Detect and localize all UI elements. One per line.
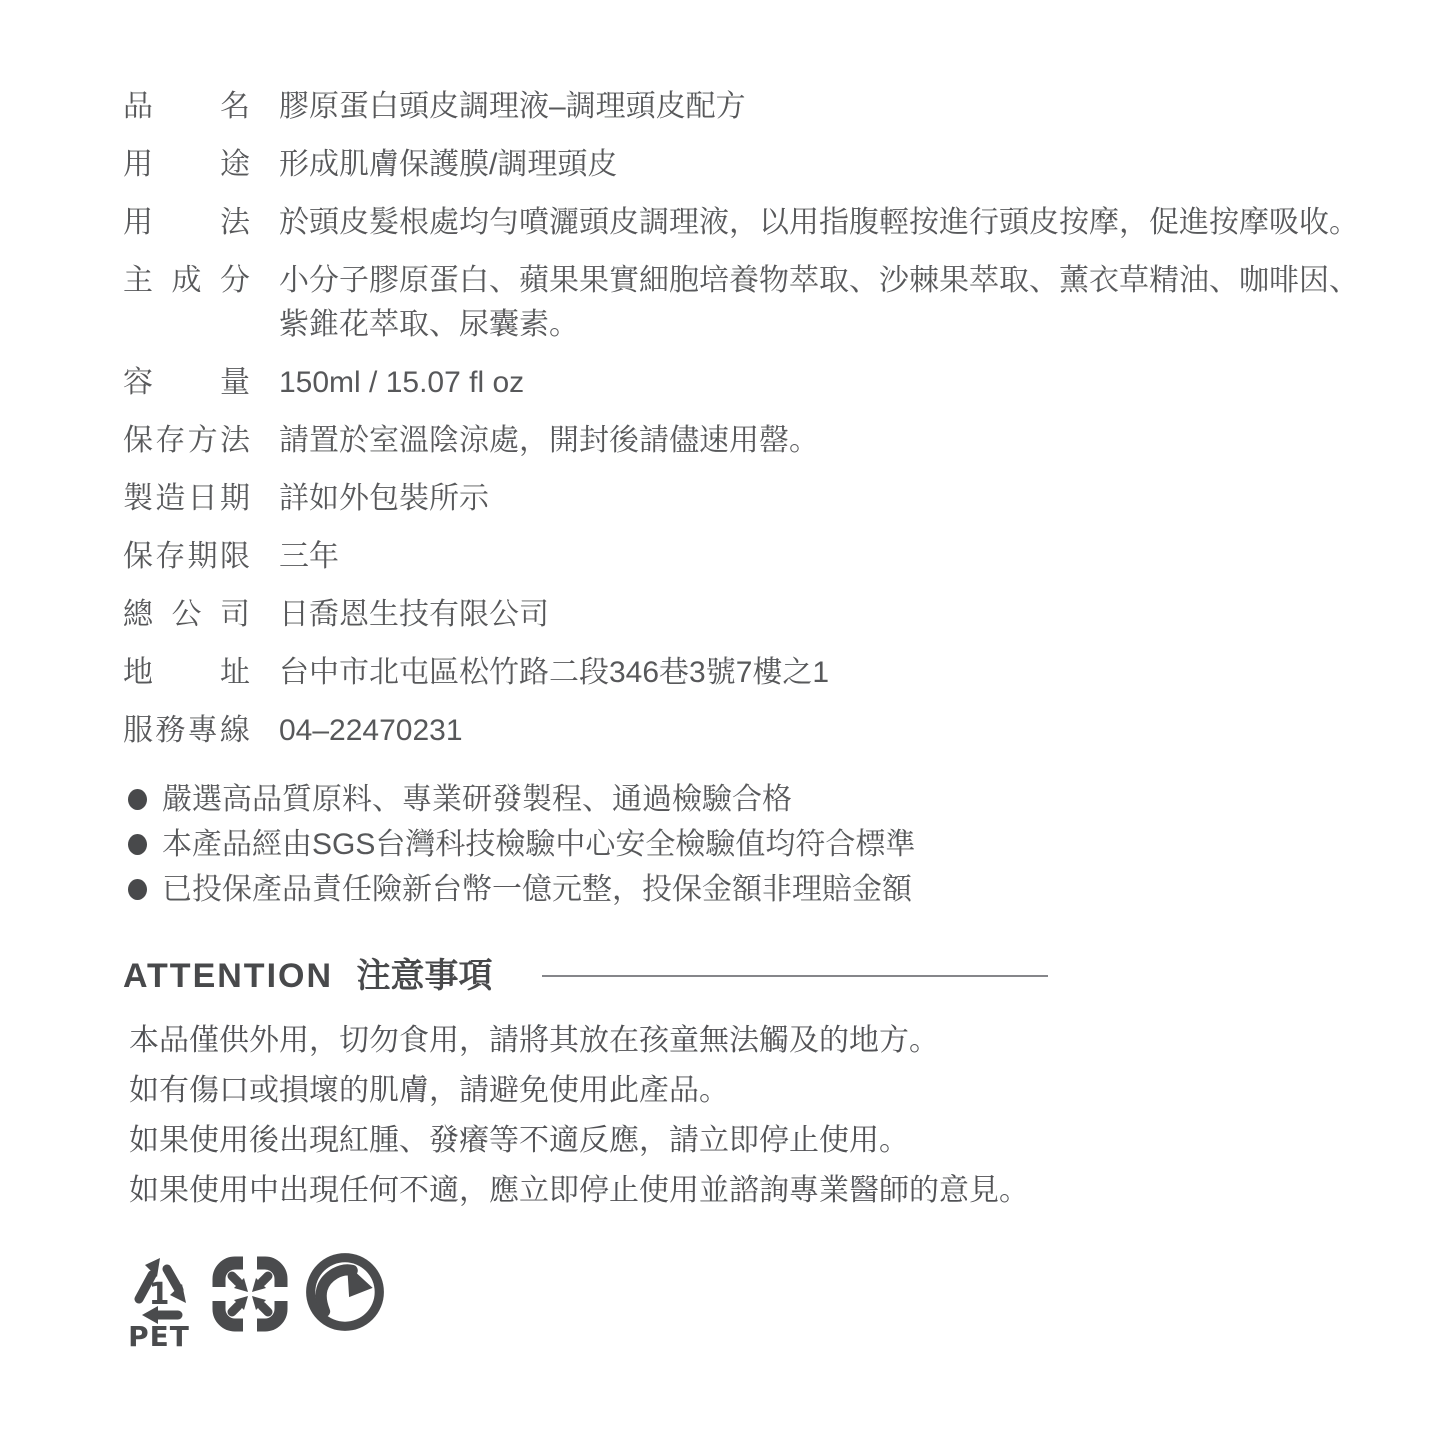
- spec-value: 小分子膠原蛋白、蘋果果實細胞培養物萃取、沙棘果萃取、薰衣草精油、咖啡因、 紫錐花…: [279, 259, 1385, 347]
- spec-row-company: 總公司 日喬恩生技有限公司: [123, 593, 1385, 637]
- spec-label: 用途: [123, 143, 250, 187]
- spec-label: 用法: [123, 201, 250, 245]
- ingredients-line-2: 紫錐花萃取、尿囊素。: [279, 303, 1385, 347]
- spec-value: 150ml / 15.07 fl oz: [279, 361, 1385, 405]
- spec-label: 保存方法: [123, 419, 250, 463]
- attention-item: 本品僅供外用，切勿食用，請將其放在孩童無法觸及的地方。: [129, 1016, 1029, 1066]
- attention-item: 如果使用後出現紅腫、發癢等不適反應，請立即停止使用。: [129, 1116, 1029, 1166]
- spec-list: 品名 膠原蛋白頭皮調理液–調理頭皮配方 用途 形成肌膚保護膜/調理頭皮 用法 於…: [123, 85, 1385, 767]
- spec-value: 形成肌膚保護膜/調理頭皮: [279, 143, 1385, 187]
- bullet-text: 已投保產品責任險新台幣一億元整，投保金額非理賠金額: [162, 867, 912, 912]
- spec-row-volume: 容量 150ml / 15.07 fl oz: [123, 361, 1385, 405]
- attention-item: 如果使用中出現任何不適，應立即停止使用並諮詢專業醫師的意見。: [129, 1166, 1029, 1216]
- spec-row-purpose: 用途 形成肌膚保護膜/調理頭皮: [123, 143, 1385, 187]
- spec-label: 地址: [123, 651, 250, 695]
- spec-row-shelf-life: 保存期限 三年: [123, 535, 1385, 579]
- spec-value: 請置於室溫陰涼處，開封後請儘速用罄。: [279, 419, 1385, 463]
- attention-heading-en: ATTENTION: [123, 957, 333, 995]
- pet-1-recycling-icon: 1 PET: [114, 1242, 204, 1357]
- ingredients-line-1: 小分子膠原蛋白、蘋果果實細胞培養物萃取、沙棘果萃取、薰衣草精油、咖啡因、: [279, 259, 1385, 303]
- bullet-dot-icon: [128, 789, 147, 810]
- spec-label: 主成分: [123, 259, 250, 347]
- taiwan-recycling-icon: [210, 1254, 290, 1339]
- spec-label: 製造日期: [123, 477, 250, 521]
- spec-value: 三年: [279, 535, 1385, 579]
- spec-label: 品名: [123, 85, 250, 129]
- attention-heading: ATTENTION 注意事項: [123, 954, 492, 998]
- spec-row-directions: 用法 於頭皮髮根處均勻噴灑頭皮調理液，以用指腹輕按進行頭皮按摩，促進按摩吸收。: [123, 201, 1385, 245]
- spec-label: 總公司: [123, 593, 250, 637]
- bullet-dot-icon: [128, 834, 147, 855]
- green-dot-icon: [302, 1249, 388, 1340]
- bullet-text: 本產品經由SGS台灣科技檢驗中心安全檢驗值均符合標準: [162, 822, 915, 867]
- spec-value: 詳如外包裝所示: [279, 477, 1385, 521]
- spec-value: 日喬恩生技有限公司: [279, 593, 1385, 637]
- spec-row-service-line: 服務專線 04–22470231: [123, 709, 1385, 753]
- spec-row-address: 地址 台中市北屯區松竹路二段346巷3號7樓之1: [123, 651, 1385, 695]
- quality-bullet: 嚴選高品質原料、專業研發製程、通過檢驗合格: [128, 777, 915, 822]
- attention-item: 如有傷口或損壞的肌膚，請避免使用此產品。: [129, 1066, 1029, 1116]
- spec-row-ingredients: 主成分 小分子膠原蛋白、蘋果果實細胞培養物萃取、沙棘果萃取、薰衣草精油、咖啡因、…: [123, 259, 1385, 347]
- product-label-sheet: 品名 膠原蛋白頭皮調理液–調理頭皮配方 用途 形成肌膚保護膜/調理頭皮 用法 於…: [0, 0, 1445, 1433]
- spec-value: 膠原蛋白頭皮調理液–調理頭皮配方: [279, 85, 1385, 129]
- pet-number-1: 1: [149, 1277, 170, 1312]
- spec-value: 台中市北屯區松竹路二段346巷3號7樓之1: [279, 651, 1385, 695]
- spec-row-storage: 保存方法 請置於室溫陰涼處，開封後請儘速用罄。: [123, 419, 1385, 463]
- attention-divider-line: [542, 975, 1048, 977]
- quality-bullet: 本產品經由SGS台灣科技檢驗中心安全檢驗值均符合標準: [128, 822, 915, 867]
- spec-row-product-name: 品名 膠原蛋白頭皮調理液–調理頭皮配方: [123, 85, 1385, 129]
- spec-label: 容量: [123, 361, 250, 405]
- bullet-text: 嚴選高品質原料、專業研發製程、通過檢驗合格: [162, 777, 792, 822]
- spec-label: 服務專線: [123, 709, 250, 753]
- spec-row-mfg-date: 製造日期 詳如外包裝所示: [123, 477, 1385, 521]
- quality-bullet: 已投保產品責任險新台幣一億元整，投保金額非理賠金額: [128, 867, 915, 912]
- spec-value: 於頭皮髮根處均勻噴灑頭皮調理液，以用指腹輕按進行頭皮按摩，促進按摩吸收。: [279, 201, 1385, 245]
- attention-list: 本品僅供外用，切勿食用，請將其放在孩童無法觸及的地方。 如有傷口或損壞的肌膚，請…: [129, 1016, 1029, 1216]
- spec-value: 04–22470231: [279, 709, 1385, 753]
- quality-bullet-list: 嚴選高品質原料、專業研發製程、通過檢驗合格 本產品經由SGS台灣科技檢驗中心安全…: [128, 777, 915, 912]
- spec-label: 保存期限: [123, 535, 250, 579]
- pet-label: PET: [128, 1320, 190, 1352]
- bullet-dot-icon: [128, 879, 147, 900]
- attention-heading-zh: 注意事項: [356, 957, 492, 995]
